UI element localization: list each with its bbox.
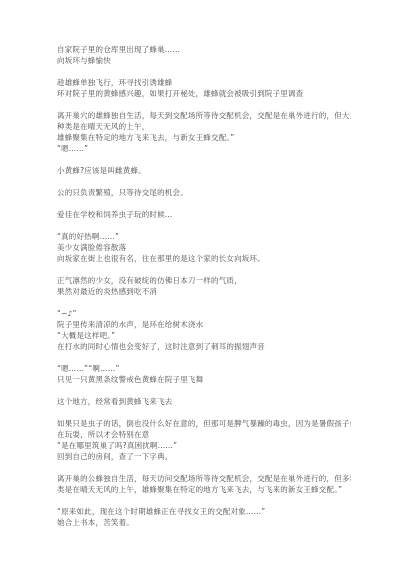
text-line: 在玩耍，所以才会特别在意 [57, 429, 351, 440]
paragraph: “原来如此，现在这个时期雄蜂正在寻找女王的交配对象……”她合上书本，苦笑着。 [57, 506, 351, 528]
text-line: 这个地方，经常看到黄蜂飞来飞去 [57, 396, 351, 407]
text-line: “真的好热啊……” [57, 231, 351, 242]
text-line: 院子里传来清凉的水声，是环在给树木浇水 [57, 319, 351, 330]
text-line: 种类是在晴天无风的上午， [57, 121, 351, 132]
text-line: “大概是这样吧。” [57, 330, 351, 341]
text-line: “嗯……” [57, 143, 351, 154]
text-line: 公的只负责繁殖，只等待交尾的机会。 [57, 187, 351, 198]
paragraph: 离开巢的公蜂独自生活，每天访问交配场所等待交配机会，交配是在巢外进行的，但多数种… [57, 473, 351, 495]
text-line: 爱佳在学校和饲养虫子玩的时候… [57, 209, 351, 220]
text-line: 只见一只黄黑条纹警戒色黄蜂在院子里飞舞 [57, 374, 351, 385]
text-line: “嗯……”“啊……” [57, 363, 351, 374]
paragraph: “真的好热啊……”美少女满脸倦容散落向坂家在街上也很有名，住在那里的是这个家的长… [57, 231, 351, 264]
text-line: 回到自己的房间，查了一下字典。 [57, 451, 351, 462]
text-line: 小黄蜂?应该是叫雌黄蜂。 [57, 165, 351, 176]
text-line: 雄蜂聚集在特定的地方飞来飞去，与新女王蜂交配。” [57, 132, 351, 143]
text-line: “~♪” [57, 308, 351, 319]
text-line: 趁雄蜂单独飞行，环寻找引诱雄蜂 [57, 77, 351, 88]
text-line: “是在哪里筑巢了吗?真困扰啊……” [57, 440, 351, 451]
document-body: 自家院子里的仓库里出现了蜂巢……向坂环与蜂愉快趁雄蜂单独飞行，环寻找引诱雄蜂环对… [57, 44, 351, 528]
paragraph: 自家院子里的仓库里出现了蜂巢……向坂环与蜂愉快 [57, 44, 351, 66]
text-line: “原来如此，现在这个时期雄蜂正在寻找女王的交配对象……” [57, 506, 351, 517]
paragraph: 离开巢穴的雄蜂独自生活，每天到交配场所等待交配机会，交配是在巢外进行的，但大多数… [57, 110, 351, 154]
text-line: 向坂环与蜂愉快 [57, 55, 351, 66]
text-line: 类是在晴天无风的上午，雄蜂聚集在特定的地方飞来飞去，与飞来的新女王蜂交配。” [57, 484, 351, 495]
paragraph: “嗯……”“啊……”只见一只黄黑条纹警戒色黄蜂在院子里飞舞 [57, 363, 351, 385]
text-line: 离开巢穴的雄蜂独自生活，每天到交配场所等待交配机会，交配是在巢外进行的，但大多数 [57, 110, 351, 121]
paragraph: 爱佳在学校和饲养虫子玩的时候… [57, 209, 351, 220]
text-line: 正气凛然的少女，没有破绽的仿佛日本刀一样的气质， [57, 275, 351, 286]
paragraph: 小黄蜂?应该是叫雌黄蜂。 [57, 165, 351, 176]
text-line: 环对院子里的黄蜂感兴趣，如果打开秘处，雄蜂就会被吸引到院子里调查 [57, 88, 351, 99]
paragraph: 这个地方，经常看到黄蜂飞来飞去 [57, 396, 351, 407]
text-line: 美少女满脸倦容散落 [57, 242, 351, 253]
paragraph: “~♪”院子里传来清凉的水声，是环在给树木浇水“大概是这样吧。”在打水的同时心情… [57, 308, 351, 352]
paragraph: 正气凛然的少女，没有破绽的仿佛日本刀一样的气质，果然对最近的炎热感到吃不消 [57, 275, 351, 297]
text-line: 离开巢的公蜂独自生活，每天访问交配场所等待交配机会，交配是在巢外进行的，但多数种 [57, 473, 351, 484]
text-line: 在打水的同时心情也会变好了，这时注意到了刺耳的振翅声音 [57, 341, 351, 352]
paragraph: 如果只是虫子的话，倒也没什么好在意的，但那可是脾气暴躁的毒虫，因为是暑假孩子们在… [57, 418, 351, 462]
paragraph: 公的只负责繁殖，只等待交尾的机会。 [57, 187, 351, 198]
text-line: 果然对最近的炎热感到吃不消 [57, 286, 351, 297]
text-line: 如果只是虫子的话，倒也没什么好在意的，但那可是脾气暴躁的毒虫，因为是暑假孩子们 [57, 418, 351, 429]
text-line: 自家院子里的仓库里出现了蜂巢…… [57, 44, 351, 55]
paragraph: 趁雄蜂单独飞行，环寻找引诱雄蜂环对院子里的黄蜂感兴趣，如果打开秘处，雄蜂就会被吸… [57, 77, 351, 99]
text-line: 向坂家在街上也很有名，住在那里的是这个家的长女向坂环。 [57, 253, 351, 264]
text-line: 她合上书本，苦笑着。 [57, 517, 351, 528]
document-page: 自家院子里的仓库里出现了蜂巢……向坂环与蜂愉快趁雄蜂单独飞行，环寻找引诱雄蜂环对… [0, 0, 399, 565]
